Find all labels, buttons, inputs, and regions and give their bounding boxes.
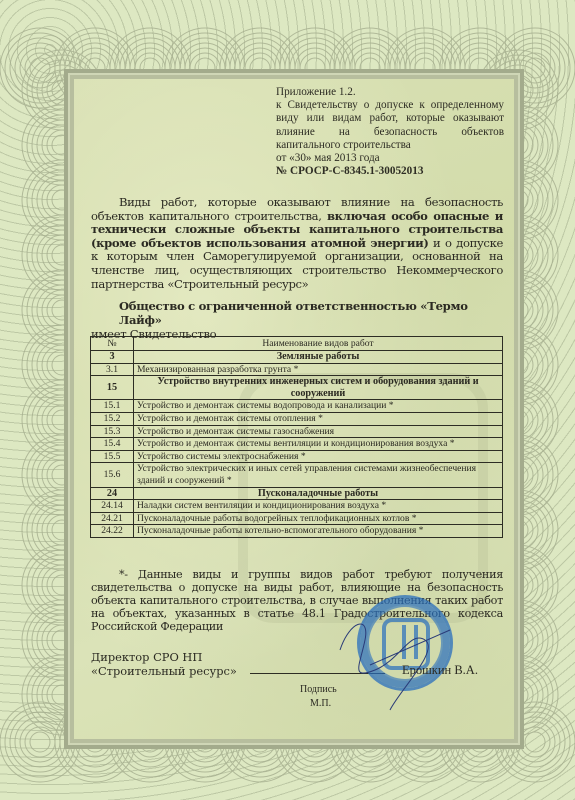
row-number: 15.5 [91,450,134,463]
row-work-name: Пусконаладочные работы водогрейных тепло… [134,512,503,525]
table-row: 15.6Устройство электрических и иных сете… [91,463,503,487]
table-row: 15.2Устройство и демонтаж системы отопле… [91,412,503,425]
works-table: № Наименование видов работ 3Земляные раб… [90,336,503,538]
row-work-name: Устройство электрических и иных сетей уп… [134,463,503,487]
row-number: 24.14 [91,500,134,513]
table-row: 15.4Устройство и демонтаж системы вентил… [91,438,503,451]
row-work-name: Наладки систем вентиляции и кондициониро… [134,500,503,513]
row-number: 15.4 [91,438,134,451]
annex-date: от «30» мая 2013 года [276,152,504,165]
annex-line: к Свидетельству о допуске к определенном… [276,99,504,112]
table-group-row: 15Устройство внутренних инженерных систе… [91,376,503,400]
row-work-name: Устройство и демонтаж системы отопления … [134,412,503,425]
row-work-name: Пусконаладочные работы котельно-вспомога… [134,525,503,538]
annex-title: Приложение 1.2. [276,86,504,99]
row-number: 15.2 [91,412,134,425]
row-work-name: Механизированная разработка грунта * [134,363,503,376]
row-number: 24.22 [91,525,134,538]
column-header-name: Наименование видов работ [134,337,503,351]
position-line: «Строительный ресурс» [91,664,237,678]
row-number: 15.3 [91,425,134,438]
works-table-body: 3Земляные работы3.1Механизированная разр… [91,351,503,538]
company-name: Общество с ограниченной ответственностью… [91,299,503,327]
row-work-name: Пусконаладочные работы [134,487,503,500]
annex-line: виду или видам работ, которые оказывают [276,112,504,125]
annex-line: капитального строительства [276,139,504,152]
table-header-row: № Наименование видов работ [91,337,503,351]
row-work-name: Устройство внутренних инженерных систем … [134,376,503,400]
table-group-row: 24Пусконаладочные работы [91,487,503,500]
row-work-name: Устройство системы электроснабжения * [134,450,503,463]
position-line: Директор СРО НП [91,650,237,664]
seal-caption: М.П. [310,698,331,709]
document-content: Приложение 1.2. к Свидетельству о допуск… [0,0,575,800]
row-number: 3.1 [91,363,134,376]
annex-header: Приложение 1.2. к Свидетельству о допуск… [276,86,504,178]
table-group-row: 3Земляные работы [91,351,503,364]
table-row: 24.21Пусконаладочные работы водогрейных … [91,512,503,525]
signatory-position: Директор СРО НП «Строительный ресурс» [91,650,237,678]
row-work-name: Устройство и демонтаж системы газоснабже… [134,425,503,438]
row-number: 15.1 [91,400,134,413]
table-row: 15.5Устройство системы электроснабжения … [91,450,503,463]
row-work-name: Устройство и демонтаж системы водопровод… [134,400,503,413]
column-header-number: № [91,337,134,351]
row-number: 3 [91,351,134,364]
annex-line: влияние на безопасность объектов [276,126,504,139]
row-number: 24 [91,487,134,500]
table-row: 3.1Механизированная разработка грунта * [91,363,503,376]
table-row: 15.1Устройство и демонтаж системы водопр… [91,400,503,413]
signatory-name: Ерошкин В.А. [402,663,478,678]
row-work-name: Устройство и демонтаж системы вентиляции… [134,438,503,451]
certificate-number: № СРОСР-С-8345.1-30052013 [276,165,504,178]
table-row: 24.14Наладки систем вентиляции и кондици… [91,500,503,513]
row-work-name: Земляные работы [134,351,503,364]
row-number: 24.21 [91,512,134,525]
table-row: 15.3Устройство и демонтаж системы газосн… [91,425,503,438]
row-number: 15.6 [91,463,134,487]
table-row: 24.22Пусконаладочные работы котельно-всп… [91,525,503,538]
row-number: 15 [91,376,134,400]
company-block: Общество с ограниченной ответственностью… [91,299,503,341]
intro-paragraph: Виды работ, которые оказывают влияние на… [91,196,503,291]
